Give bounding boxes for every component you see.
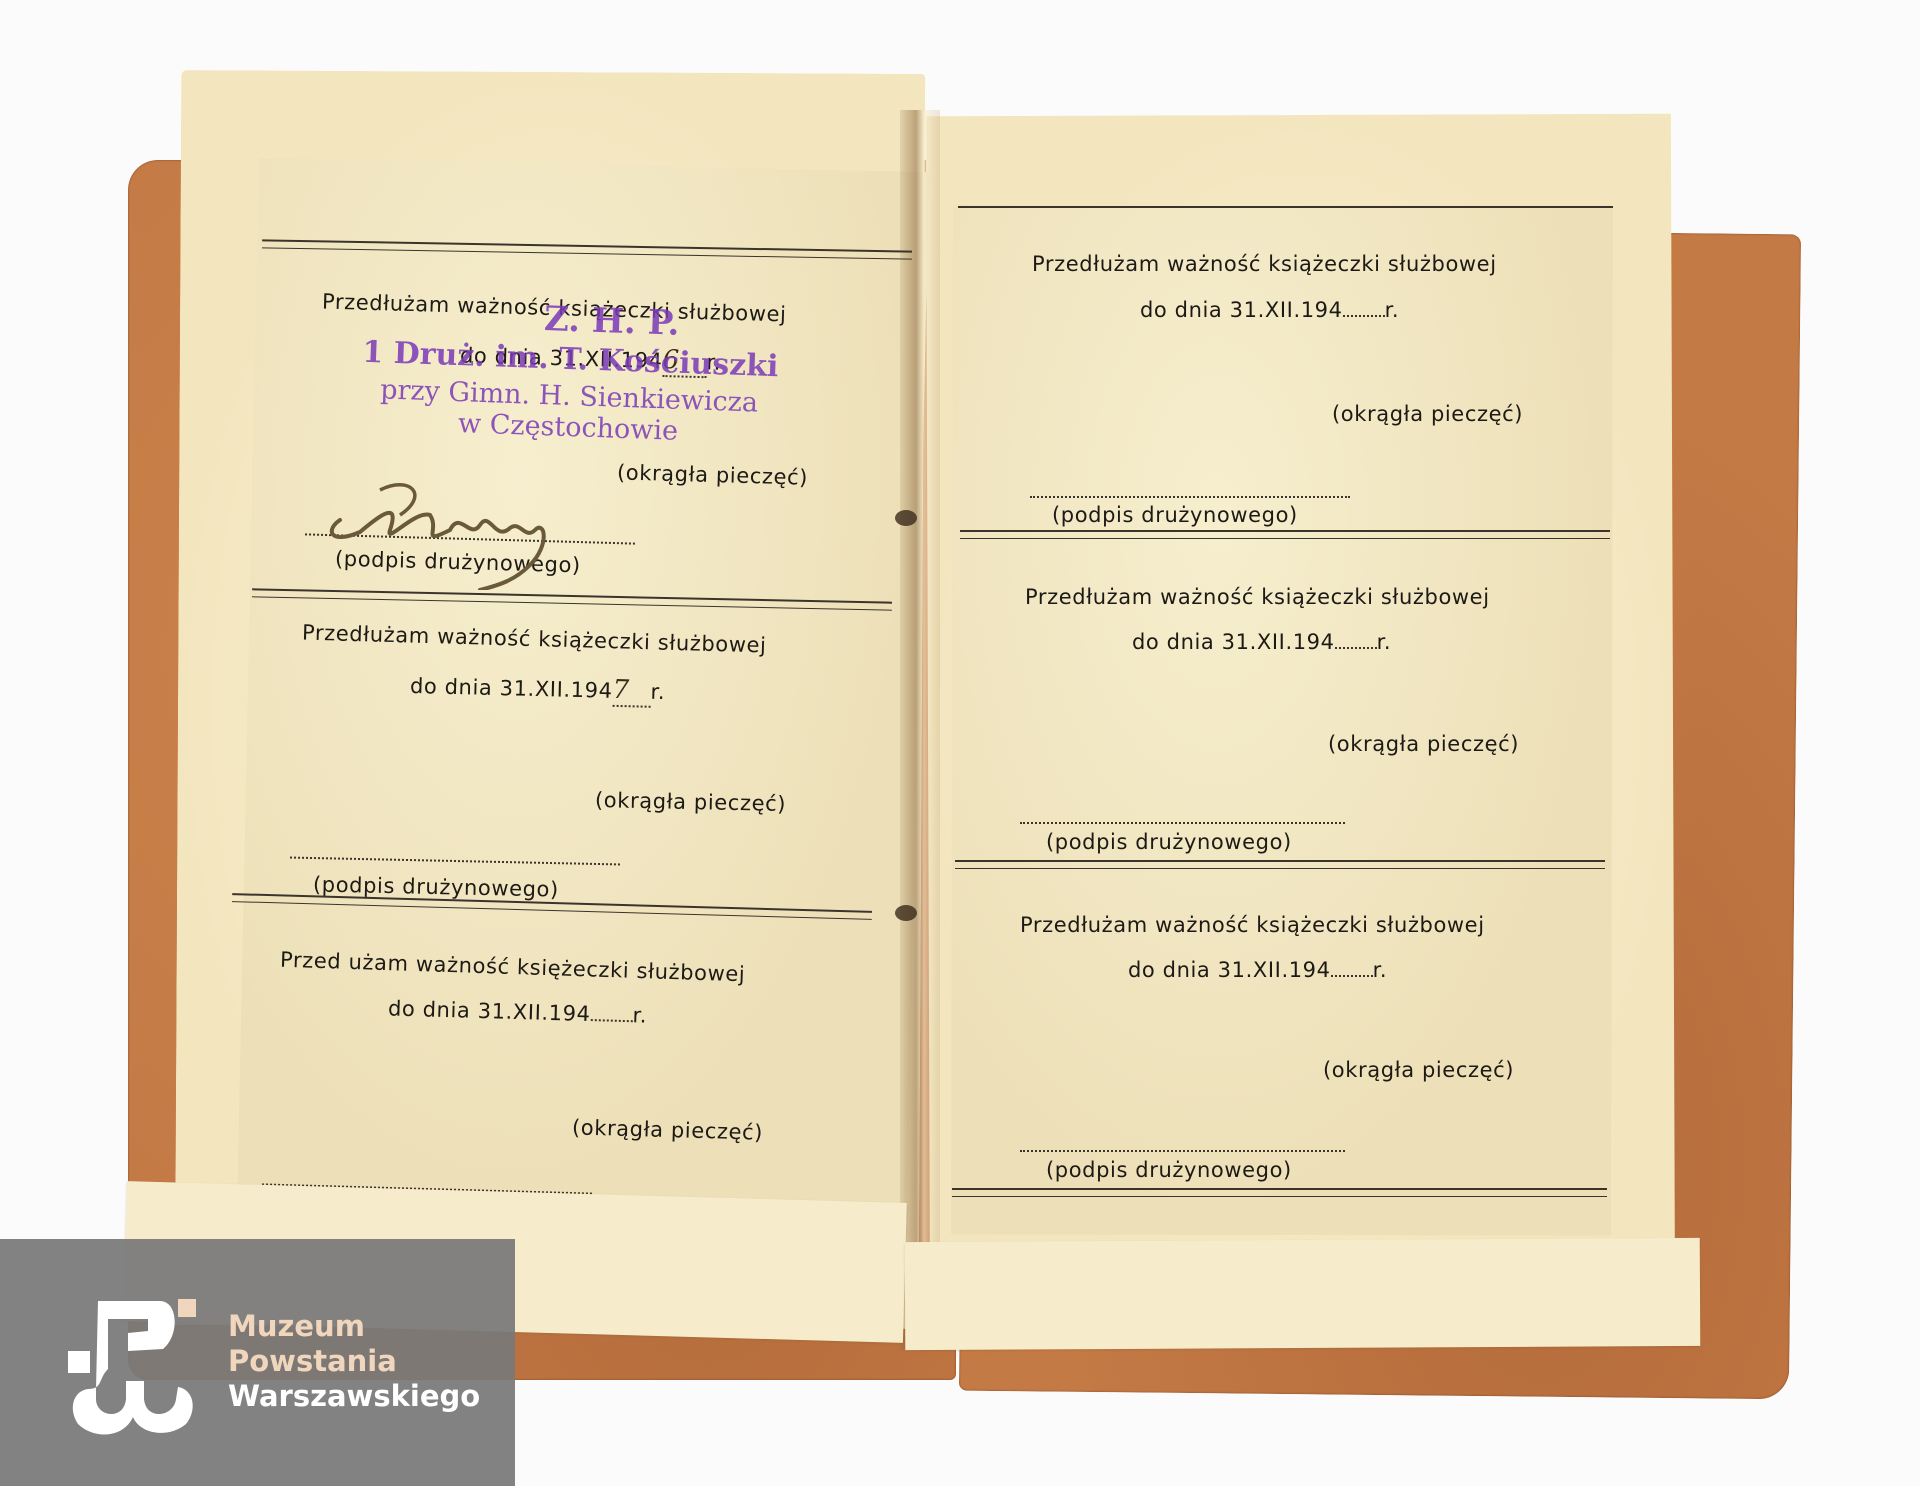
valid-until-date: do dnia 31.XII.194r. [1128,958,1387,982]
zhp-troop-stamp: Z. H. P. 1 Druż. im. T. Kościuszki przy … [318,291,823,451]
museum-name-line1: Muzeum [228,1309,480,1344]
date-prefix: do dnia 31.XII.194 [1128,958,1331,982]
museum-name-line3: Warszawskiego [228,1379,480,1414]
signature-line [1020,1150,1345,1152]
right-page-fold-strip [905,1238,1701,1350]
signature-label: (podpis drużynowego) [1046,1158,1292,1182]
museum-name-line2: Powstania [228,1344,480,1379]
section-divider [955,860,1605,869]
staple-hole [895,905,917,921]
extension-statement: Przedłużam ważność książeczki służbowej [1032,252,1497,276]
valid-until-date: do dnia 31.XII.1947r. [410,670,666,708]
date-suffix: r. [632,1003,647,1027]
signature-line [1030,496,1350,498]
date-suffix: r. [1377,630,1392,654]
stamp-label: (okrągła pieczęć) [1323,1058,1514,1082]
valid-until-date: do dnia 31.XII.194r. [1140,298,1399,322]
stamp-label: (okrągła pieczęć) [1328,732,1519,756]
extension-statement: Przedłużam ważność książeczki służbowej [1020,913,1485,937]
date-prefix: do dnia 31.XII.194 [1140,298,1343,322]
year-blank [1331,975,1373,977]
date-suffix: r. [1373,958,1388,982]
date-prefix: do dnia 31.XII.194 [1132,630,1335,654]
stamp-label: (okrągła pieczęć) [1332,402,1523,426]
troop-leader-signature [320,470,620,590]
year-blank [590,1019,632,1022]
section-divider [952,1188,1607,1197]
extension-statement: Przedłużam ważność książeczki służbowej [1025,585,1490,609]
year-blank [1335,647,1377,649]
signature-label: (podpis drużynowego) [1052,503,1298,527]
kotwica-anchor-icon [68,1299,198,1439]
section-divider [960,530,1610,539]
year-blank [1343,315,1385,317]
museum-name: Muzeum Powstania Warszawskiego [228,1309,480,1414]
date-suffix: r. [1385,298,1400,322]
museum-watermark: Muzeum Powstania Warszawskiego [0,1239,515,1486]
signature-line [1020,822,1345,824]
staple-hole [895,510,917,526]
section-divider [958,206,1613,210]
valid-until-date: do dnia 31.XII.194r. [1132,630,1391,654]
date-suffix: r. [650,680,665,704]
signature-label: (podpis drużynowego) [1046,830,1292,854]
date-prefix: do dnia 31.XII.194 [410,674,613,703]
handwritten-year: 7 [612,675,651,708]
stamp-label: (okrągła pieczęć) [595,788,787,816]
booklet-spine [900,110,940,1350]
